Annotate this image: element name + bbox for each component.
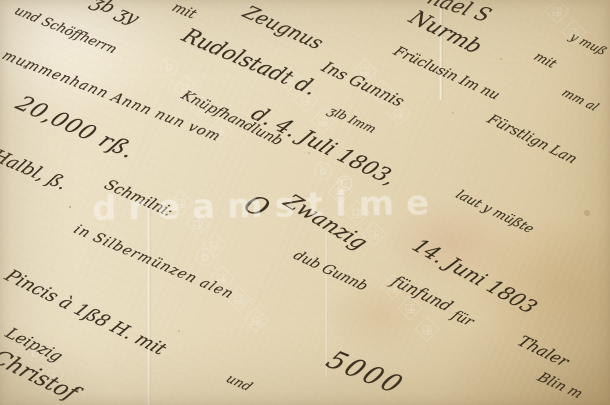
handwriting-line: Blin m [534, 370, 586, 402]
handwriting-line: ʒlb Imm [325, 104, 379, 136]
handwriting-line: Fürstlign Lan [483, 112, 580, 167]
handwriting-line: fünfund [387, 272, 456, 315]
handwriting-line: y muß [567, 30, 610, 58]
handwriting-line: ʒb ʒy [87, 0, 144, 28]
handwriting-line: Thaler [513, 332, 573, 370]
handwriting-line: Schmilni: [101, 176, 178, 220]
handwriting-line: Ins Gunnis [318, 58, 409, 110]
handwriting-line: Zeugnus [238, 2, 328, 54]
handwriting-line: Zwanzig [279, 190, 374, 254]
handwriting-line: mit [530, 50, 559, 71]
handwriting-line: mm al [559, 86, 602, 114]
handwriting-line: für [448, 308, 477, 329]
handwriting-layer: und Schöffherrnʒb ʒymitZeugnusnael SNurm… [0, 0, 610, 405]
handwriting-line: laut y müßte [452, 188, 537, 236]
vintage-manuscript-photo: und Schöffherrnʒb ʒymitZeugnusnael SNurm… [0, 0, 610, 405]
handwriting-line: 5000 [320, 346, 411, 400]
handwriting-line: in Silbermünzen alen [70, 222, 237, 302]
handwriting-line: O [237, 190, 276, 223]
handwriting-line: und [222, 372, 254, 394]
handwriting-line: dub Gunnb [290, 248, 372, 294]
handwriting-line: mit [168, 0, 199, 22]
handwriting-line: Halbl, ß. [0, 146, 72, 194]
